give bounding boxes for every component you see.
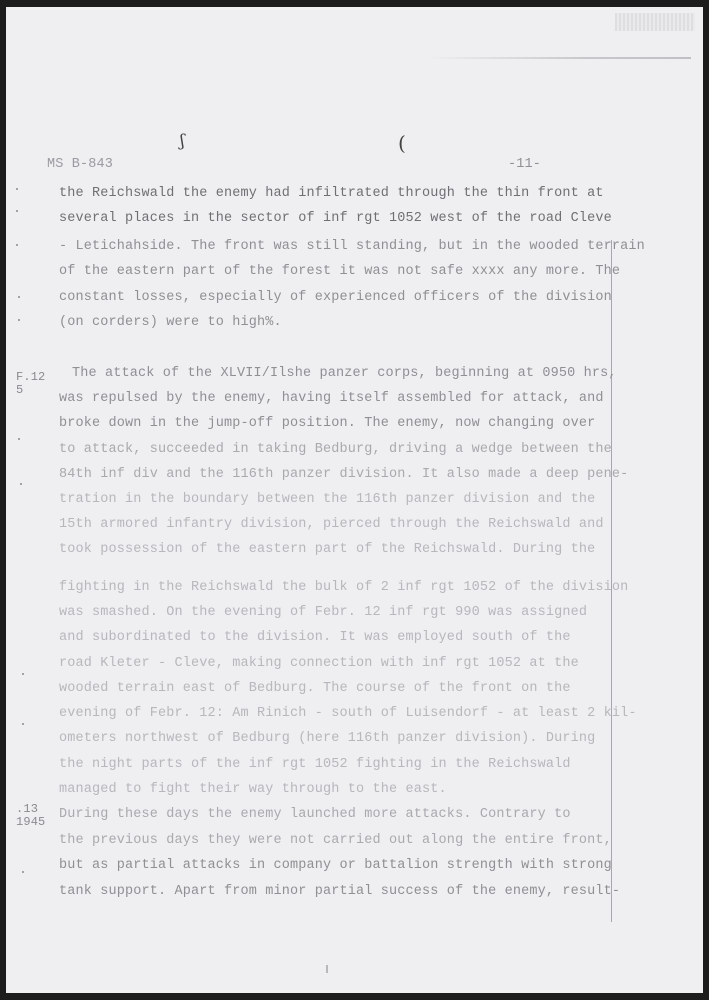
text-line: tration in the boundary between the 116t… [59, 492, 595, 507]
text-line: to attack, succeeded in taking Bedburg, … [59, 442, 612, 457]
text-line: but as partial attacks in company or bat… [59, 858, 612, 873]
document-id: MS B-843 [47, 157, 113, 172]
text-line: and subordinated to the division. It was… [59, 630, 571, 645]
text-line: road Kleter - Cleve, making connection w… [59, 656, 579, 671]
text-line: evening of Febr. 12: Am Rinich - south o… [59, 706, 637, 721]
handwritten-mark: ( [398, 131, 406, 155]
text-line: tank support. Apart from minor partial s… [59, 884, 620, 899]
text-line: was repulsed by the enemy, having itself… [59, 391, 604, 406]
page-number: -11- [508, 157, 541, 172]
text-line: ometers northwest of Bedburg (here 116th… [59, 731, 595, 746]
text-line: 84th inf div and the 116th panzer divisi… [59, 467, 628, 482]
text-line: 15th armored infantry division, pierced … [59, 517, 604, 532]
margin-note-date: F.12 5 [16, 371, 45, 397]
text-line: the night parts of the inf rgt 1052 figh… [59, 757, 571, 772]
handwritten-mark: ʃ [180, 131, 185, 151]
text-line: broke down in the jump-off position. The… [59, 416, 595, 431]
text-line: fighting in the Reichswald the bulk of 2… [59, 580, 628, 595]
document-page: ʃ ( MS B-843 -11- F.12 5 .13 1945 the Re… [6, 7, 703, 993]
text-line: During these days the enemy launched mor… [59, 807, 571, 822]
text-line: managed to fight their way through to th… [59, 782, 447, 797]
text-line: the previous days they were not carried … [59, 833, 612, 848]
text-line: constant losses, especially of experienc… [59, 290, 612, 305]
text-line: several places in the sector of inf rgt … [59, 211, 612, 226]
text-line: took possession of the eastern part of t… [59, 542, 595, 557]
text-line: wooded terrain east of Bedburg. The cour… [59, 681, 571, 696]
margin-note-date: .13 1945 [16, 803, 45, 829]
text-line: - Letichahsidе. The front was still stan… [59, 239, 645, 254]
text-line: The attack of the XLVII/Ilshe panzer cor… [72, 366, 617, 381]
text-line: (on corders) were to high%. [59, 315, 282, 330]
fold-line [426, 57, 691, 59]
text-line: of the eastern part of the forest it was… [59, 264, 620, 279]
text-line: was smashed. On the evening of Febr. 12 … [59, 605, 587, 620]
scan-mark [326, 965, 328, 973]
paper-stain [615, 13, 695, 31]
text-line: the Reichswald the enemy had infiltrated… [59, 186, 604, 201]
